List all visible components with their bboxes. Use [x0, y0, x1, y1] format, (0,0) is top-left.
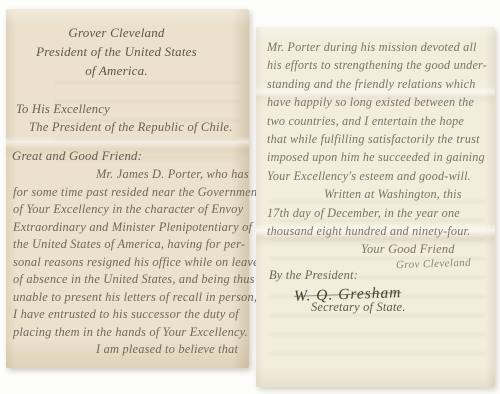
letter-page-1: Grover Cleveland President of the United…	[6, 9, 249, 368]
heading-line: Grover Cleveland	[6, 23, 227, 42]
body-line: Your Excellency's esteem and good-will.	[267, 167, 495, 185]
salutation: Great and Good Friend:	[6, 147, 249, 165]
dateline-line: 17th day of December, in the year one	[267, 204, 495, 222]
dateline-line: thousand eight hundred and ninety-four.	[267, 222, 495, 240]
scanned-letter-document: Grover Cleveland President of the United…	[0, 0, 500, 394]
letterhead: Grover Cleveland President of the United…	[6, 23, 249, 80]
salutation-line: Great and Good Friend:	[12, 147, 249, 165]
address-line: The President of the Republic of Chile.	[16, 119, 249, 137]
heading-line: President of the United States	[6, 42, 227, 61]
dateline: Written at Washington, this 17th day of …	[256, 185, 495, 240]
letter-body-page-1: Mr. James D. Porter, who has for some ti…	[6, 166, 249, 359]
body-line: of Your Excellency in the character of E…	[6, 201, 249, 219]
body-line: two countries, and I entertain the hope	[267, 112, 495, 130]
heading-line: of America.	[6, 61, 227, 80]
body-line: sonal reasons resigned his office while …	[6, 254, 249, 272]
body-line: the United States of America, having for…	[6, 236, 249, 254]
body-line: have happily so long existed between the	[267, 93, 495, 111]
body-line: unable to present his letters of recall …	[6, 289, 249, 307]
address-line: To His Excellency	[16, 101, 249, 119]
body-line: his efforts to strengthening the good un…	[267, 56, 495, 74]
letter-page-2: Mr. Porter during his mission devoted al…	[256, 27, 495, 387]
body-line: I have entrusted to his successor the du…	[6, 306, 249, 324]
body-line: of absence in the United States, and bei…	[6, 271, 249, 289]
body-line: Mr. Porter during his mission devoted al…	[267, 38, 495, 56]
body-line: Mr. James D. Porter, who has	[6, 166, 249, 184]
dateline-line: Written at Washington, this	[267, 185, 495, 203]
body-line: that while fulfilling satisfactorily the…	[267, 130, 495, 148]
body-line: for some time past resided near the Gove…	[6, 184, 249, 202]
body-line: Extraordinary and Minister Plenipotentia…	[6, 219, 249, 237]
body-line: I am pleased to believe that	[6, 341, 249, 359]
recipient-address: To His Excellency The President of the R…	[6, 101, 249, 136]
letter-body-page-2: Mr. Porter during his mission devoted al…	[256, 38, 495, 185]
body-line: placing them in the hands of Your Excell…	[6, 324, 249, 342]
body-line: imposed upon him he succeeded in gaining	[267, 148, 495, 166]
body-line: standing and the friendly relations whic…	[267, 75, 495, 93]
